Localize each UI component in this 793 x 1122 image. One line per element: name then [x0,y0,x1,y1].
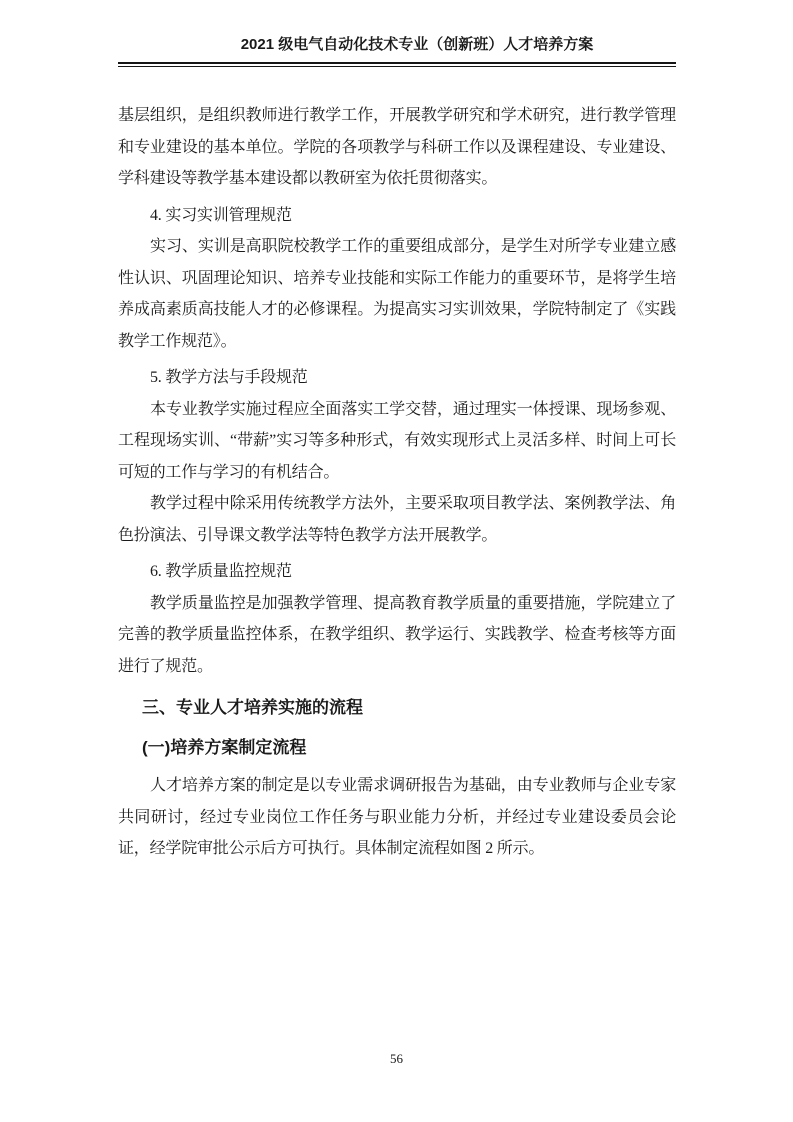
paragraph-continued: 基层组织，是组织教师进行教学工作，开展教学研究和学术研究，进行教学管理和专业建设… [118,100,676,195]
paragraph: 教学过程中除采用传统教学方法外，主要采取项目教学法、案例教学法、角色扮演法、引导… [118,488,676,551]
page-header-title: 2021 级电气自动化技术专业（创新班）人才培养方案 [138,0,696,53]
page-footer: 56 [0,1051,793,1067]
document-body: 基层组织，是组织教师进行教学工作，开展教学研究和学术研究，进行教学管理和专业建设… [118,100,676,865]
paragraph: 教学质量监控是加强教学管理、提高教育教学质量的重要措施，学院建立了完善的教学质量… [118,588,676,683]
page-header: 2021 级电气自动化技术专业（创新班）人才培养方案 [118,0,676,67]
document-page: 2021 级电气自动化技术专业（创新班）人才培养方案 基层组织，是组织教师进行教… [0,0,793,1122]
section-heading-3: 三、专业人才培养实施的流程 [118,690,676,726]
subsection-heading-1: (一)培养方案制定流程 [118,730,676,766]
numbered-heading-5: 5. 教学方法与手段规范 [118,362,676,394]
header-double-rule [118,62,676,67]
numbered-heading-4: 4. 实习实训管理规范 [118,200,676,232]
page-number: 56 [390,1051,403,1066]
paragraph: 本专业教学实施过程应全面落实工学交替，通过理实一体授课、现场参观、工程现场实训、… [118,394,676,489]
paragraph: 实习、实训是高职院校教学工作的重要组成部分，是学生对所学专业建立感性认识、巩固理… [118,231,676,357]
numbered-heading-6: 6. 教学质量监控规范 [118,556,676,588]
paragraph: 人才培养方案的制定是以专业需求调研报告为基础，由专业教师与企业专家共同研讨，经过… [118,770,676,865]
